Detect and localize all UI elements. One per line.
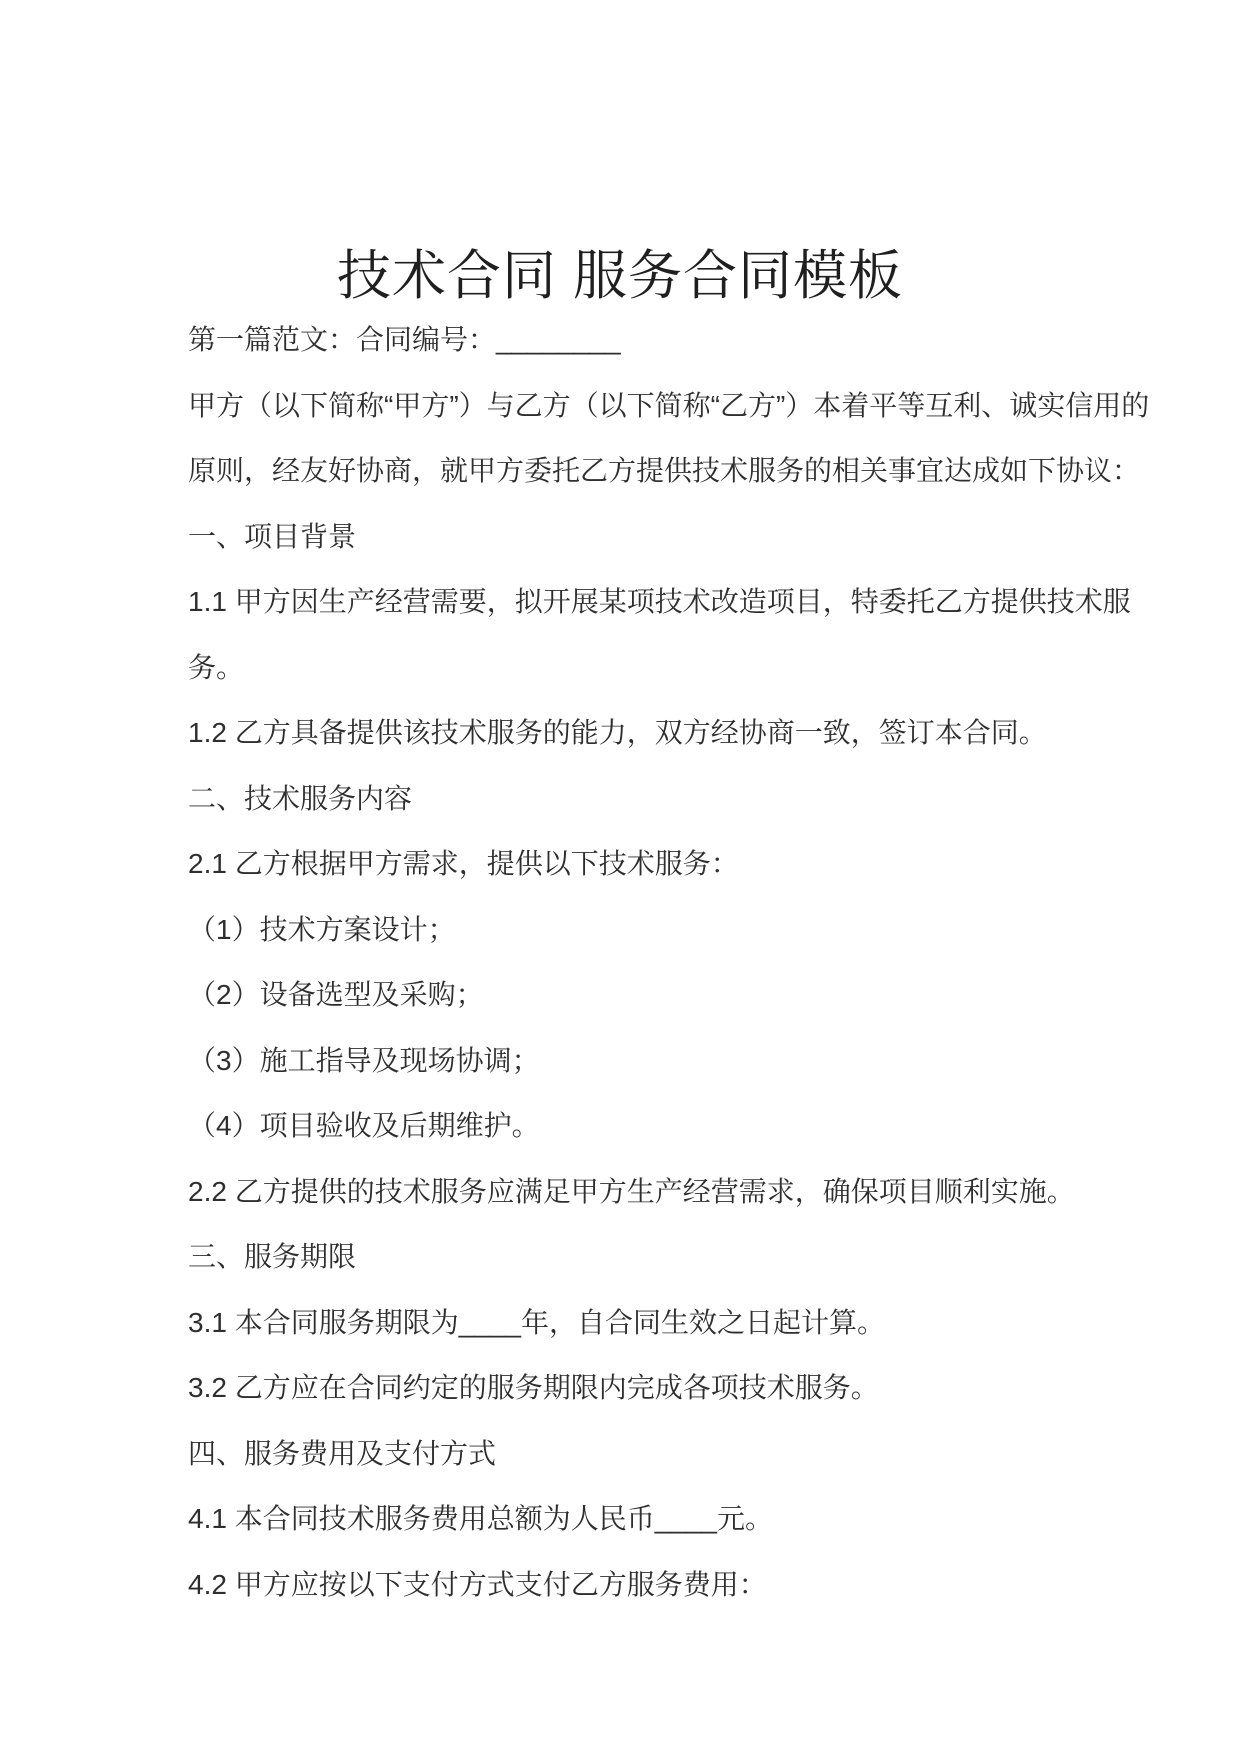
line-clause-4-2: 4.2 甲方应按以下支付方式支付乙方服务费用： — [188, 1552, 1108, 1618]
line-clause-3-2: 3.2 乙方应在合同约定的服务期限内完成各项技术服务。 — [188, 1355, 1108, 1421]
line-clause-2-1: 2.1 乙方根据甲方需求，提供以下技术服务： — [188, 831, 1108, 897]
line-service-item-2: （2）设备选型及采购； — [188, 962, 1108, 1028]
line-service-item-4: （4）项目验收及后期维护。 — [188, 1093, 1108, 1159]
line-contract-number: 第一篇范文：合同编号：________ — [188, 307, 1108, 373]
line-clause-1-1-b: 务。 — [188, 635, 1108, 701]
line-section-4-heading: 四、服务费用及支付方式 — [188, 1421, 1108, 1487]
line-clause-1-1-a: 1.1 甲方因生产经营需要，拟开展某项技术改造项目，特委托乙方提供技术服 — [188, 569, 1108, 635]
line-service-item-1: （1）技术方案设计； — [188, 897, 1108, 963]
line-section-3-heading: 三、服务期限 — [188, 1224, 1108, 1290]
line-section-1-heading: 一、项目背景 — [188, 504, 1108, 570]
line-clause-1-2: 1.2 乙方具备提供该技术服务的能力，双方经协商一致，签订本合同。 — [188, 700, 1108, 766]
line-preamble-1: 甲方（以下简称“甲方”）与乙方（以下简称“乙方”）本着平等互利、诚实信用的 — [188, 373, 1108, 439]
line-service-item-3: （3）施工指导及现场协调； — [188, 1028, 1108, 1094]
line-section-2-heading: 二、技术服务内容 — [188, 766, 1108, 832]
document-body: 第一篇范文：合同编号：________ 甲方（以下简称“甲方”）与乙方（以下简称… — [188, 307, 1108, 1617]
line-clause-2-2: 2.2 乙方提供的技术服务应满足甲方生产经营需求，确保项目顺利实施。 — [188, 1159, 1108, 1225]
line-clause-4-1: 4.1 本合同技术服务费用总额为人民币____元。 — [188, 1486, 1108, 1552]
line-preamble-2: 原则，经友好协商，就甲方委托乙方提供技术服务的相关事宜达成如下协议： — [188, 438, 1108, 504]
document-title: 技术合同 服务合同模板 — [0, 248, 1240, 305]
line-clause-3-1: 3.1 本合同服务期限为____年，自合同生效之日起计算。 — [188, 1290, 1108, 1356]
document-page: 技术合同 服务合同模板 第一篇范文：合同编号：________ 甲方（以下简称“… — [0, 0, 1240, 1753]
